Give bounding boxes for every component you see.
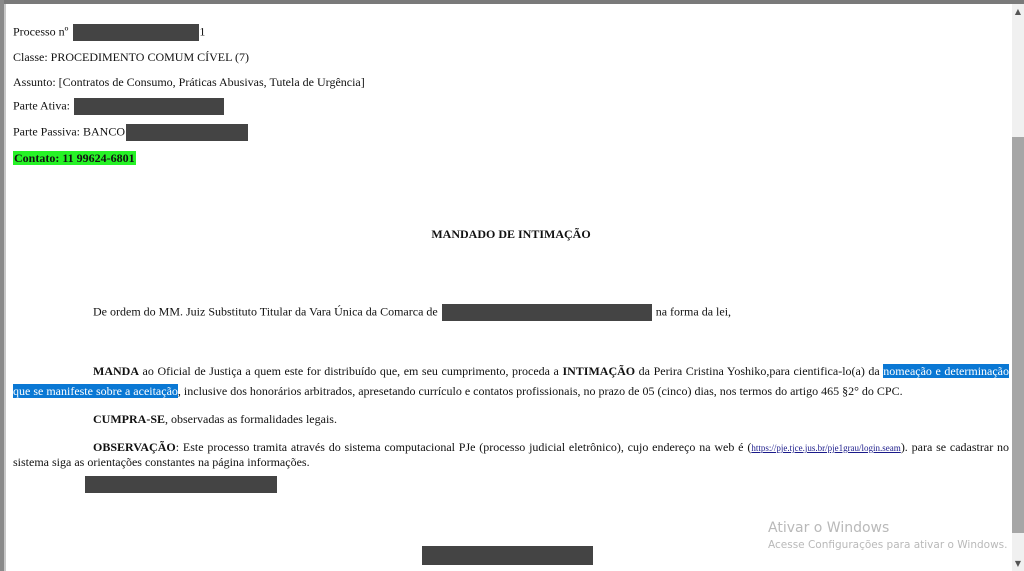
manda-text-3: , inclusive dos honorários arbitrados, a… xyxy=(178,384,903,398)
ordem-text-after: na forma da lei, xyxy=(656,304,731,318)
processo-label: Processo nº xyxy=(13,24,68,38)
redacted-footer xyxy=(422,546,593,565)
parte-ativa-label: Parte Ativa: xyxy=(13,98,70,112)
cumpra-bold: CUMPRA-SE xyxy=(93,412,165,426)
parte-passiva-label: Parte Passiva: BANCO xyxy=(13,124,125,138)
observacao-bold: OBSERVAÇÃO xyxy=(93,440,176,454)
redacted-comarca xyxy=(442,304,652,321)
selected-text-1[interactable]: nomeação e determinação xyxy=(883,364,1009,378)
scroll-up-arrow-icon[interactable]: ▲ xyxy=(1012,6,1024,18)
selected-text-2[interactable]: que se manifeste sobre a aceitação xyxy=(13,384,178,398)
manda-text-1: ao Oficial de Justiça a quem este for di… xyxy=(139,364,562,378)
redacted-parte-passiva xyxy=(126,124,248,141)
watermark-subtitle: Acesse Configurações para ativar o Windo… xyxy=(768,537,1007,553)
scroll-down-arrow-icon[interactable]: ▼ xyxy=(1012,558,1024,570)
parte-passiva-line: Parte Passiva: BANCO xyxy=(13,124,248,141)
assunto-line: Assunto: [Contratos de Consumo, Práticas… xyxy=(13,75,365,90)
windows-activation-watermark: Ativar o Windows Acesse Configurações pa… xyxy=(768,519,1007,553)
ordem-text-before: De ordem do MM. Juiz Substituto Titular … xyxy=(93,304,438,318)
signature-redaction xyxy=(85,476,277,493)
observacao-text-1: : Este processo tramita através do siste… xyxy=(176,440,752,454)
intimacao-bold: INTIMAÇÃO xyxy=(562,364,635,378)
parte-ativa-line: Parte Ativa: xyxy=(13,98,224,115)
classe-line: Classe: PROCEDIMENTO COMUM CÍVEL (7) xyxy=(13,50,249,65)
manda-paragraph: MANDA ao Oficial de Justiça a quem este … xyxy=(13,361,1009,401)
redacted-signature xyxy=(85,476,277,493)
document-title: MANDADO DE INTIMAÇÃO xyxy=(13,227,1009,242)
document-page: Processo nº 1 Classe: PROCEDIMENTO COMUM… xyxy=(13,0,1009,571)
cumpra-paragraph: CUMPRA-SE, observadas as formalidades le… xyxy=(13,412,337,427)
contato-line: Contato: 11 99624-6801 xyxy=(13,151,136,166)
redacted-process-number xyxy=(73,24,199,41)
redacted-parte-ativa xyxy=(74,98,224,115)
contact-highlight: Contato: 11 99624-6801 xyxy=(13,151,136,165)
processo-suffix: 1 xyxy=(199,24,205,38)
cumpra-text: , observadas as formalidades legais. xyxy=(165,412,337,426)
ordem-paragraph: De ordem do MM. Juiz Substituto Titular … xyxy=(13,304,731,321)
manda-bold: MANDA xyxy=(93,364,139,378)
scrollbar-thumb[interactable] xyxy=(1012,137,1024,533)
pje-link[interactable]: https://pje.tjce.jus.br/pje1grau/login.s… xyxy=(751,443,900,453)
watermark-title: Ativar o Windows xyxy=(768,519,1007,537)
footer-redaction xyxy=(422,546,593,565)
observacao-paragraph: OBSERVAÇÃO: Este processo tramita atravé… xyxy=(13,440,1009,469)
manda-text-2: da Perira Cristina Yoshiko,para cientifi… xyxy=(635,364,883,378)
window-frame-left-inner xyxy=(4,4,6,571)
processo-line: Processo nº 1 xyxy=(13,24,205,41)
